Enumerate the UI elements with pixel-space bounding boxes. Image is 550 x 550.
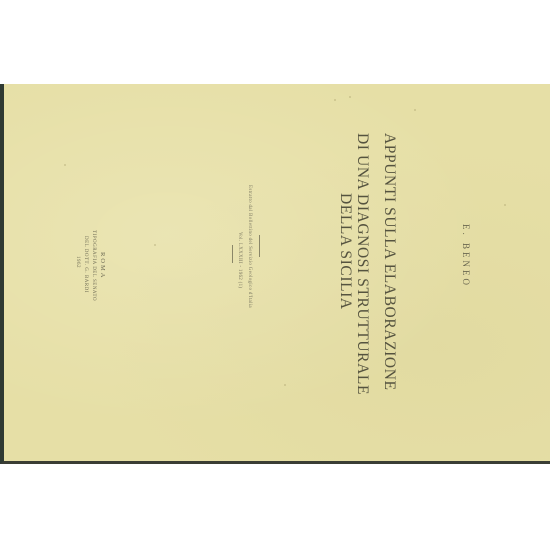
imprint-year: 1962 <box>75 256 80 268</box>
author-name: E. BENEO <box>461 224 471 288</box>
paper-speck <box>64 164 66 166</box>
divider-rule <box>232 245 233 263</box>
title-line-2: DI UNA DIAGNOSI STRUTTURALE <box>353 133 371 395</box>
paper-speck <box>414 109 416 111</box>
paper-speck <box>334 99 336 101</box>
imprint-publisher: TIPOGRAFIA DEL SENATO <box>91 230 96 301</box>
title-line-1: APPUNTI SULLA ELABORAZIONE <box>380 133 398 391</box>
title-line-3: DELLA SICILIA <box>336 193 354 310</box>
paper-speck <box>284 384 286 386</box>
imprint-publisher-detail: DEL DOTT. G. BARDI <box>83 236 88 293</box>
paper-speck <box>349 96 351 98</box>
paper-speck <box>154 244 156 246</box>
divider-rule <box>259 235 260 257</box>
extract-note-line-1: Estratto dal Bollettino del Servizio Geo… <box>247 185 252 308</box>
paper-speck <box>504 204 506 206</box>
imprint-city: ROMA <box>99 252 106 280</box>
extract-note-line-2: Vol. LXXXIII - 1962 (1) <box>237 232 242 288</box>
